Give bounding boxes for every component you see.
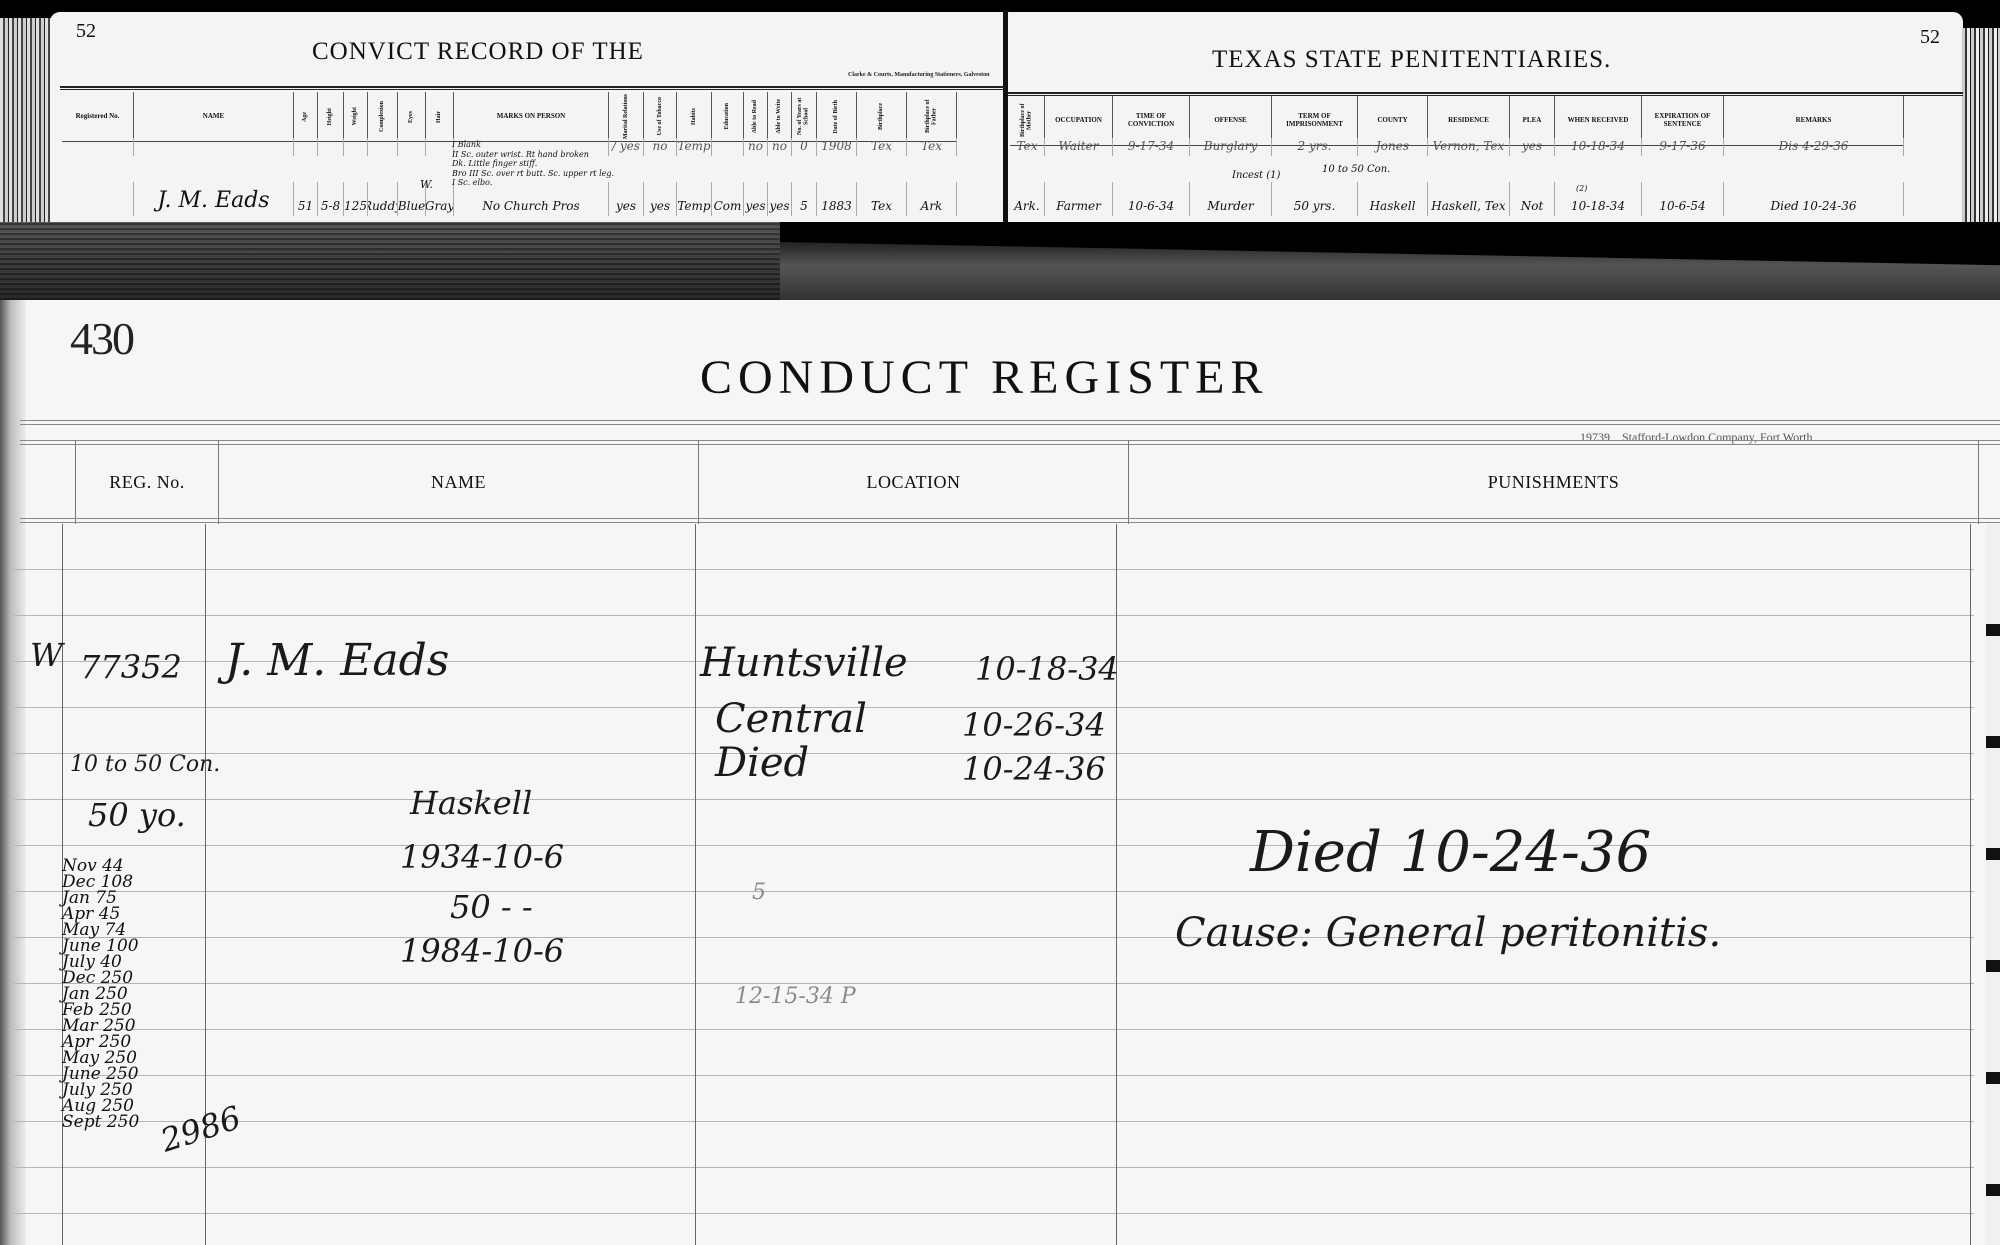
record-cell	[426, 138, 454, 156]
record-cell: Haskell	[1358, 182, 1428, 216]
column-header-label: Hair	[436, 111, 443, 123]
record-cell: Dis 4-29-36	[1724, 138, 1904, 156]
header-rule-left	[60, 86, 1005, 90]
header-rule-bottom	[20, 518, 2000, 523]
record-cell	[134, 138, 294, 156]
column-header-label: Birthplace	[878, 103, 885, 130]
faint-date: 12-15-34 P	[735, 984, 856, 1009]
marks-note-line: II Sc. outer wrist. Rt hand broken	[452, 150, 614, 160]
location-place: Central	[715, 696, 867, 742]
column-header-label: RESIDENCE	[1448, 117, 1489, 125]
record-cell: 0	[792, 138, 817, 156]
record-cell: yes	[744, 182, 768, 216]
column-header: Birthplace	[857, 92, 907, 141]
column-divider	[1116, 524, 1117, 1245]
record-cell: Not	[1510, 182, 1555, 216]
column-header-label: No. of Years at School	[797, 92, 810, 141]
record-cell: 10-6-34	[1113, 182, 1190, 216]
previous-entry-row-right: TexWaiter9-17-34Burglary2 yrs.JonesVerno…	[1010, 138, 1904, 156]
record-cell: Temp	[677, 182, 712, 216]
record-cell: Com	[712, 182, 744, 216]
column-header-label: Age	[302, 112, 309, 122]
column-header-label: Weight	[352, 107, 359, 125]
column-header: No. of Years at School	[792, 92, 817, 141]
column-header: NAME	[134, 92, 294, 141]
record-cell	[344, 138, 368, 156]
column-header: Eyes	[398, 92, 426, 141]
column-header: Complexion	[368, 92, 398, 141]
cause-of-death: Cause: General peritonitis.	[1175, 910, 1721, 956]
location-date: 10-24-36	[962, 750, 1106, 788]
book-page-edges-left	[0, 18, 52, 222]
marks-note-line: I Sc. elbo.	[452, 178, 614, 188]
term-note: 10 to 50 Con.	[70, 752, 220, 777]
convict-header-left: Registered No.NAMEAgeHeightWeightComplex…	[62, 92, 957, 142]
marks-note-line: I Blank	[452, 140, 614, 150]
ruled-lines	[14, 524, 1974, 1245]
punishment-remark: Died 10-24-36	[1250, 820, 1651, 885]
column-header-label: Able to Read	[752, 100, 759, 133]
location-place: Died	[715, 740, 809, 786]
record-cell: Tex	[857, 182, 907, 216]
column-header-label: REMARKS	[1796, 117, 1832, 125]
offense-note: Incest (1)	[1232, 170, 1280, 182]
register-number: 77352	[80, 648, 182, 686]
register-page-number: 430	[70, 312, 133, 365]
record-cell: Farmer	[1045, 182, 1113, 216]
column-divider	[1970, 524, 1971, 1245]
book-cloth-binding	[0, 222, 2000, 302]
column-header-label: Eyes	[408, 111, 415, 123]
record-cell: yes	[1510, 138, 1555, 156]
column-header-label: Habits	[691, 108, 698, 125]
record-cell: 9-17-34	[1113, 138, 1190, 156]
record-cell: yes	[609, 182, 644, 216]
record-cell: Ark.	[1010, 182, 1045, 216]
right-page-number: 52	[1920, 26, 1940, 49]
record-cell: Died 10-24-36	[1724, 182, 1904, 216]
column-header: Able to Write	[768, 92, 792, 141]
record-cell: Tex	[907, 138, 957, 156]
sentence-end: 1984-10-6	[400, 932, 564, 970]
faint-mark: 5	[752, 880, 766, 905]
column-header-label: Date of Birth	[833, 100, 840, 134]
record-cell: 10-6-54	[1642, 182, 1724, 216]
column-header-label: Use of Tobacco	[657, 97, 664, 135]
register-column-header: LOCATION	[699, 440, 1129, 524]
record-cell: 50 yrs.	[1272, 182, 1358, 216]
record-cell: Ark	[907, 182, 957, 216]
register-column-header: NAME	[219, 440, 699, 524]
record-cell: 5-8	[318, 182, 344, 216]
column-header: Habits	[677, 92, 712, 141]
column-header-label: TERM OF IMPRISONMENT	[1272, 113, 1357, 128]
convict-entry-row-right: Ark.Farmer10-6-34Murder50 yrs.HaskellHas…	[1010, 182, 1904, 216]
record-cell	[712, 138, 744, 156]
column-header-label: Registered No.	[76, 113, 120, 121]
column-header-label: Marital Relations	[623, 94, 630, 139]
book-page-edges-right	[1962, 28, 2000, 222]
record-cell	[368, 138, 398, 156]
register-column-header	[14, 440, 76, 524]
printer-imprint: Clarke & Courts, Manufacturing Stationer…	[848, 72, 990, 78]
column-header: Use of Tobacco	[644, 92, 677, 141]
column-header: Education	[712, 92, 744, 141]
record-cell: 51	[294, 182, 318, 216]
record-cell: Burglary	[1190, 138, 1272, 156]
record-cell: 5	[792, 182, 817, 216]
column-header: Registered No.	[62, 92, 134, 141]
inmate-name: J. M. Eads	[225, 635, 449, 686]
record-cell	[62, 182, 134, 216]
record-cell	[398, 138, 426, 156]
record-cell: Waiter	[1045, 138, 1113, 156]
record-cell: / yes	[609, 138, 644, 156]
plea-note: (2)	[1576, 184, 1587, 194]
sentence-length: 50 - -	[450, 888, 533, 926]
column-header-label: NAME	[203, 113, 224, 121]
register-column-header: PUNISHMENTS	[1129, 440, 1979, 524]
column-header-label: EXPIRATION OF SENTENCE	[1642, 113, 1723, 128]
column-header-label: PLEA	[1523, 117, 1542, 125]
record-cell: 9-17-36	[1642, 138, 1724, 156]
column-header: Height	[318, 92, 344, 141]
record-cell: yes	[768, 182, 792, 216]
record-cell: 2 yrs.	[1272, 138, 1358, 156]
column-header-label: Education	[724, 103, 731, 129]
sentence-start: 1934-10-6	[400, 838, 564, 876]
record-cell: no	[644, 138, 677, 156]
column-header: Marital Relations	[609, 92, 644, 141]
record-cell: yes	[644, 182, 677, 216]
column-header-label: OFFENSE	[1214, 117, 1246, 125]
column-header: Date of Birth	[817, 92, 857, 141]
marks-note-line: Dk. Little finger stiff.	[452, 159, 614, 169]
left-page-number: 52	[76, 20, 96, 43]
record-cell: Haskell, Tex	[1428, 182, 1510, 216]
register-column-headers: REG. No.NAMELOCATIONPUNISHMENTS	[14, 440, 1979, 524]
register-title: CONDUCT REGISTER	[700, 350, 1268, 405]
marks-note-line: Bro III Sc. over rt butt. Sc. upper rt l…	[452, 169, 614, 179]
register-column-header: REG. No.	[76, 440, 219, 524]
overtime-tally-list: Nov 44Dec 108Jan 75Apr 45May 74June 100J…	[62, 858, 139, 1130]
marks-on-person-notes: I BlankII Sc. outer wrist. Rt hand broke…	[452, 140, 614, 188]
cloth-texture	[0, 222, 780, 302]
column-header-label: Able to Write	[776, 99, 783, 134]
convict-record-title-left: CONVICT RECORD OF THE	[312, 38, 644, 66]
record-cell: Ruddy	[368, 182, 398, 216]
convict-record-strip: 52 52 CONVICT RECORD OF THE TEXAS STATE …	[0, 0, 2000, 222]
term-note: 10 to 50 Con.	[1322, 164, 1390, 176]
column-header-label: Birthplace of Father	[925, 92, 938, 141]
column-header-label: COUNTY	[1377, 117, 1407, 125]
column-header: Birthplace of Father	[907, 92, 957, 141]
county: Haskell	[410, 784, 532, 822]
record-cell: no	[744, 138, 768, 156]
location-date: 10-26-34	[962, 706, 1106, 744]
column-header-label: WHEN RECEIVED	[1568, 117, 1629, 125]
race-mark: W	[30, 636, 63, 674]
complexion-note: W.	[420, 178, 433, 191]
column-header: Able to Read	[744, 92, 768, 141]
column-header-label: Complexion	[379, 101, 386, 132]
term-length: 50 yo.	[88, 796, 186, 834]
record-cell: 10-18-34	[1555, 182, 1642, 216]
location-place: Huntsville	[700, 640, 908, 686]
torn-binding	[780, 242, 2000, 300]
record-cell	[62, 138, 134, 156]
record-cell	[294, 138, 318, 156]
column-header-label: Height	[327, 108, 334, 125]
record-cell: 125	[344, 182, 368, 216]
record-cell: 10-18-34	[1555, 138, 1642, 156]
record-cell: 1908	[817, 138, 857, 156]
tally-entry: Sept 250	[62, 1114, 139, 1130]
column-header: Hair	[426, 92, 454, 141]
column-header-label: OCCUPATION	[1055, 117, 1102, 125]
record-cell: J. M. Eads	[134, 182, 294, 216]
header-rule-top	[20, 420, 2000, 425]
previous-entry-fragment	[380, 515, 384, 540]
column-header: MARKS ON PERSON	[454, 92, 609, 141]
column-header: Weight	[344, 92, 368, 141]
record-cell: Jones	[1358, 138, 1428, 156]
convict-record-title-right: TEXAS STATE PENITENTIARIES.	[1212, 46, 1611, 74]
record-cell: no	[768, 138, 792, 156]
record-cell: Tex	[857, 138, 907, 156]
column-divider	[695, 524, 696, 1245]
record-cell: Vernon, Tex	[1428, 138, 1510, 156]
column-header: Age	[294, 92, 318, 141]
column-header-label: TIME OF CONVICTION	[1113, 113, 1189, 128]
record-cell	[318, 138, 344, 156]
record-cell: Tex	[1010, 138, 1045, 156]
record-cell: 1883	[817, 182, 857, 216]
location-date: 10-18-34	[975, 650, 1119, 688]
record-cell: Murder	[1190, 182, 1272, 216]
index-tab-edges	[1986, 524, 2000, 1245]
record-cell: Temp	[677, 138, 712, 156]
column-header-label: MARKS ON PERSON	[497, 113, 565, 121]
